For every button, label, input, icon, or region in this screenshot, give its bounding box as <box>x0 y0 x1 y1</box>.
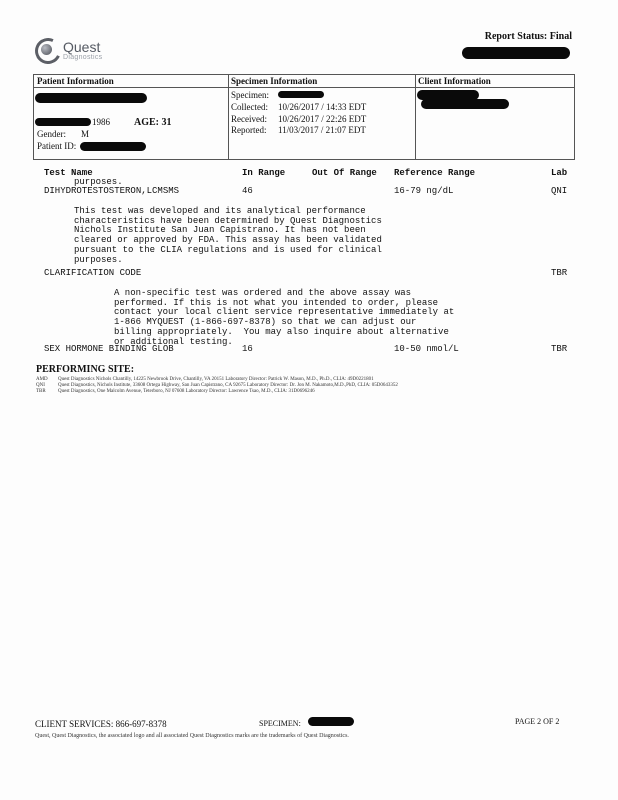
site-text: Quest Diagnostics, One Malcolm Avenue, T… <box>58 389 315 394</box>
col-reference-range: Reference Range <box>394 169 475 179</box>
row-dht-lab: QNI <box>551 187 567 197</box>
info-box: Patient Information 1986 AGE: 31 Gender:… <box>33 74 575 160</box>
patient-id-label: Patient ID: <box>37 141 76 152</box>
age: AGE: 31 <box>134 117 172 128</box>
footer-specimen-label: SPECIMEN: <box>259 719 301 728</box>
dob-suffix: 1986 <box>92 117 110 128</box>
row-clarification-test: CLARIFICATION CODE <box>44 269 141 279</box>
row-shbg-lab: TBR <box>551 345 567 355</box>
col-out-of-range: Out Of Range <box>312 169 377 179</box>
gender-value: M <box>81 129 89 140</box>
reported-value: 11/03/2017 / 21:07 EDT <box>278 125 366 136</box>
client-info-section: Client Information <box>415 75 574 159</box>
received-value: 10/26/2017 / 22:26 EDT <box>278 114 366 125</box>
row-dht-in-range: 46 <box>242 187 253 197</box>
col-lab: Lab <box>551 169 567 179</box>
performing-site-title: PERFORMING SITE: <box>36 364 134 375</box>
specimen-label: Specimen: <box>231 90 269 101</box>
row-clarification-lab: TBR <box>551 269 567 279</box>
redacted-specimen-id <box>278 91 324 98</box>
report-status: Report Status: Final <box>485 31 572 42</box>
site-code: TBR <box>36 389 58 395</box>
redacted-patient-name <box>35 93 147 103</box>
col-in-range: In Range <box>242 169 285 179</box>
quest-logo: Quest Diagnostics <box>35 38 115 68</box>
row-dht-test: DIHYDROTESTOSTERON,LCMSMS <box>44 187 179 197</box>
row-shbg-reference: 10-50 nmol/L <box>394 345 459 355</box>
redacted-dob <box>35 118 91 126</box>
patient-info-section: Patient Information 1986 AGE: 31 Gender:… <box>34 75 229 159</box>
redacted-patient-id <box>80 142 146 151</box>
redacted-footer-specimen <box>308 717 354 726</box>
logo-brand: Quest <box>63 39 100 55</box>
specimen-info-section: Specimen Information Specimen: Collected… <box>228 75 416 159</box>
collected-label: Collected: <box>231 102 268 113</box>
gender-label: Gender: <box>37 129 66 140</box>
client-services: CLIENT SERVICES: 866-697-8378 <box>35 719 167 729</box>
site-tbr: TBRQuest Diagnostics, One Malcolm Avenue… <box>36 389 315 395</box>
page-number: PAGE 2 OF 2 <box>515 717 559 726</box>
trademark-notice: Quest, Quest Diagnostics, the associated… <box>35 733 349 739</box>
note-dht: This test was developed and its analytic… <box>74 207 382 265</box>
received-label: Received: <box>231 114 267 125</box>
site-text: Quest Diagnostics, Nichols Institute, 33… <box>58 383 398 388</box>
reported-label: Reported: <box>231 125 267 136</box>
logo-sub: Diagnostics <box>63 54 102 61</box>
note-clarification: A non-specific test was ordered and the … <box>114 289 454 347</box>
collected-value: 10/26/2017 / 14:33 EDT <box>278 102 366 113</box>
patient-info-title: Patient Information <box>34 75 228 88</box>
redacted-patient-name-header <box>462 47 570 59</box>
specimen-info-title: Specimen Information <box>228 75 415 88</box>
client-info-title: Client Information <box>415 75 574 88</box>
site-text: Quest Diagnostics Nichols Chantilly, 142… <box>58 377 374 382</box>
logo-sphere-icon <box>41 44 52 55</box>
row-dht-reference: 16-79 ng/dL <box>394 187 453 197</box>
redacted-client-info-2 <box>421 99 509 109</box>
row-shbg-in-range: 16 <box>242 345 253 355</box>
row-shbg-test: SEX HORMONE BINDING GLOB <box>44 345 174 355</box>
